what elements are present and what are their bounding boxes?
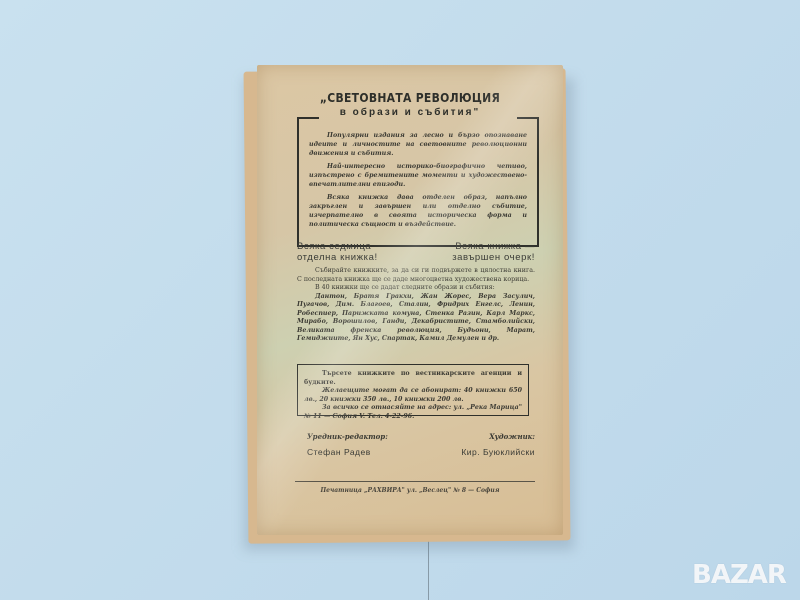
artist-name: Кир. Буюклийски <box>461 447 535 457</box>
intro-paragraph: Всяка книжка дава отделен образ, напълно… <box>309 193 527 229</box>
artist-label: Художник: <box>489 432 535 441</box>
subscription-line: За всичко се отнасяйте на адрес: ул. „Ре… <box>304 404 522 421</box>
list-intro: В 40 книжки ще се дадат следните образи … <box>297 284 535 293</box>
series-description: Събирайте книжките, за да си ги подвърже… <box>297 267 535 344</box>
intro-box: Популярни издания за лесно и бързо опозн… <box>297 117 539 247</box>
slogan-complete: Всяка книжка — завършен очерк! <box>452 241 535 263</box>
collect-paragraph: Събирайте книжките, за да си ги подвърже… <box>297 267 535 284</box>
subscription-line: Желаещите могат да се абонират: 40 книжк… <box>304 387 522 404</box>
booklet-back-cover: „СВЕТОВНАТА РЕВОЛЮЦИЯ в образи и събития… <box>257 65 563 535</box>
editor-label: Уредник-редактор: <box>307 432 388 441</box>
names-list: Дантон, Братя Гракхи, Жан Жорес, Вера За… <box>297 293 535 344</box>
footer-divider <box>295 481 535 482</box>
slogan-weekly: Всяка седмица отделна книжка! <box>297 241 378 263</box>
subscription-box: Търсете книжките по вестникарските агенц… <box>297 364 529 416</box>
intro-paragraph: Най-интересно историко-биографично четив… <box>309 162 527 189</box>
bazar-watermark-logo: BAZAR <box>692 560 786 590</box>
printer-imprint: Печатница „РАХВИРА" ул. „Веслец" № 8 — С… <box>257 487 563 494</box>
series-title: „СВЕТОВНАТА РЕВОЛЮЦИЯ <box>257 91 563 105</box>
editor-name: Стефан Радев <box>307 447 371 457</box>
subscription-line: Търсете книжките по вестникарските агенц… <box>304 370 522 387</box>
intro-text: Популярни издания за лесно и бързо опозн… <box>309 131 527 233</box>
intro-paragraph: Популярни издания за лесно и бързо опозн… <box>309 131 527 158</box>
